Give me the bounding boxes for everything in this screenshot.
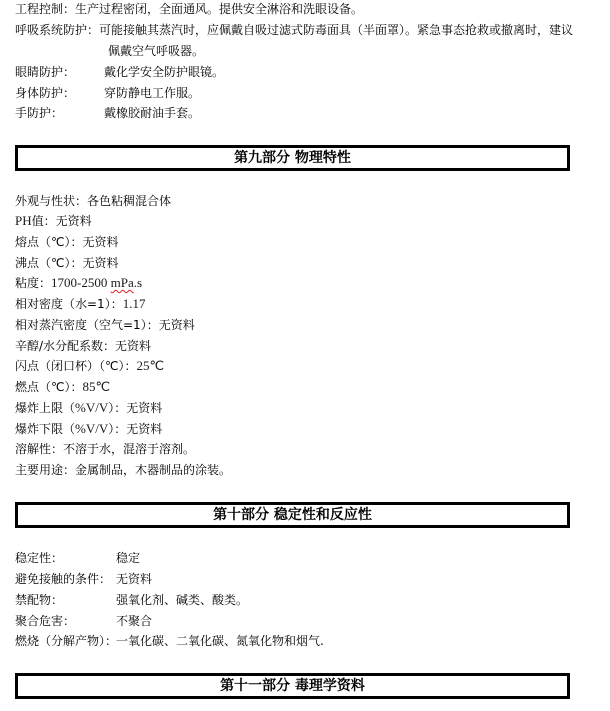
lower-limit-unit: %V/V bbox=[75, 421, 108, 436]
solubility-label: 溶解性： bbox=[15, 442, 63, 456]
main-uses-label: 主要用途： bbox=[15, 463, 75, 477]
polymerization-hazard-label: 聚合危害： bbox=[15, 614, 75, 628]
viscosity-unit-suffix: .s bbox=[134, 275, 142, 290]
ph-line: PH值：无资料 bbox=[15, 212, 92, 230]
vapor-density-line: 相对蒸汽密度（空气=1）：无资料 bbox=[15, 316, 195, 334]
vapor-density-value: 无资料 bbox=[159, 318, 195, 332]
avoid-conditions-label: 避免接触的条件： bbox=[15, 572, 111, 586]
respiratory-protection-value: 可能接触其蒸汽时，应佩戴自吸过滤式防毒面具（半面罩）。紧急事态抢救或撤离时，建议 bbox=[99, 23, 573, 37]
relative-density-value: 1.17 bbox=[123, 296, 146, 311]
respiratory-protection-line: 呼吸系统防护：可能接触其蒸汽时，应佩戴自吸过滤式防毒面具（半面罩）。紧急事态抢救… bbox=[15, 21, 573, 39]
boiling-point-line: 沸点（℃）：无资料 bbox=[15, 254, 119, 272]
ignition-point-line: 燃点（℃）：85℃ bbox=[15, 378, 110, 396]
engineering-control-value: 生产过程密闭，全面通风。提供安全淋浴和洗眼设备。 bbox=[75, 2, 363, 16]
ph-label: 值： bbox=[32, 214, 56, 228]
combustion-products-value: 一氧化碳、二氧化碳、氮氧化物和烟气. bbox=[116, 632, 324, 650]
stability-label: 稳定性： bbox=[15, 551, 63, 565]
lower-explosion-limit-line: 爆炸下限（%V/V）：无资料 bbox=[15, 420, 162, 438]
melting-point-value: 无资料 bbox=[82, 235, 118, 249]
upper-limit-value: 无资料 bbox=[126, 401, 162, 415]
upper-limit-unit: %V/V bbox=[75, 400, 108, 415]
vapor-density-label: 相对蒸汽密度（空气=1）： bbox=[15, 318, 159, 332]
hand-protection-label: 手防护： bbox=[15, 106, 63, 120]
upper-explosion-limit-line: 爆炸上限（%V/V）：无资料 bbox=[15, 399, 162, 417]
eye-protection-label: 眼睛防护： bbox=[15, 65, 75, 79]
ignition-point-value: 85℃ bbox=[82, 379, 110, 394]
flash-point-value: 25℃ bbox=[136, 358, 164, 373]
partition-coefficient-line: 辛醇/水分配系数：无资料 bbox=[15, 337, 151, 355]
flash-point-line: 闪点（闭口杯）（℃）：25℃ bbox=[15, 357, 164, 375]
viscosity-unit-spellcheck: mPa bbox=[111, 275, 134, 290]
stability-line: 稳定性： 稳定 bbox=[15, 549, 575, 567]
upper-limit-label-end: ）： bbox=[108, 401, 126, 415]
viscosity-number: 1700-2500 bbox=[51, 275, 111, 290]
incompatible-materials-line: 禁配物： 强氧化剂、碱类、酸类。 bbox=[15, 591, 575, 609]
avoid-conditions-line: 避免接触的条件： 无资料 bbox=[15, 570, 575, 588]
body-protection-value: 穿防静电工作服。 bbox=[104, 84, 200, 102]
ph-value: 无资料 bbox=[56, 214, 92, 228]
respiratory-protection-continuation: 佩戴空气呼吸器。 bbox=[108, 42, 204, 60]
solubility-line: 溶解性：不溶于水，混溶于溶剂。 bbox=[15, 440, 195, 458]
polymerization-hazard-value: 不聚合 bbox=[116, 612, 152, 630]
stability-value: 稳定 bbox=[116, 549, 140, 567]
partition-coefficient-label: 辛醇/水分配系数： bbox=[15, 339, 115, 353]
incompatible-materials-value: 强氧化剂、碱类、酸类。 bbox=[116, 591, 248, 609]
respiratory-protection-label: 呼吸系统防护： bbox=[15, 23, 99, 37]
viscosity-label: 粘度： bbox=[15, 276, 51, 290]
combustion-products-line: 燃烧（分解产物）： 一氧化碳、二氧化碳、氮氧化物和烟气. bbox=[15, 632, 575, 650]
eye-protection-line: 眼睛防护： 戴化学安全防护眼镜。 bbox=[15, 63, 575, 81]
appearance-value: 各色粘稠混合体 bbox=[87, 194, 171, 208]
relative-density-line: 相对密度（水=1）：1.17 bbox=[15, 295, 145, 313]
avoid-conditions-value: 无资料 bbox=[116, 570, 152, 588]
melting-point-line: 熔点（℃）：无资料 bbox=[15, 233, 119, 251]
appearance-label: 外观与性状： bbox=[15, 194, 87, 208]
upper-limit-label: 爆炸上限（ bbox=[15, 401, 75, 415]
main-uses-value: 金属制品，木器制品的涂装。 bbox=[75, 463, 231, 477]
polymerization-hazard-line: 聚合危害： 不聚合 bbox=[15, 612, 575, 630]
engineering-control-label: 工程控制： bbox=[15, 2, 75, 16]
section-10-header: 第十部分 稳定性和反应性 bbox=[15, 502, 570, 528]
solubility-value: 不溶于水，混溶于溶剂。 bbox=[63, 442, 195, 456]
boiling-point-value: 无资料 bbox=[82, 256, 118, 270]
hand-protection-line: 手防护： 戴橡胶耐油手套。 bbox=[15, 104, 575, 122]
melting-point-label: 熔点（℃）： bbox=[15, 235, 82, 249]
hand-protection-value: 戴橡胶耐油手套。 bbox=[104, 104, 200, 122]
viscosity-line: 粘度：1700-2500 mPa.s bbox=[15, 274, 142, 292]
engineering-control-line: 工程控制：生产过程密闭，全面通风。提供安全淋浴和洗眼设备。 bbox=[15, 0, 363, 18]
appearance-line: 外观与性状：各色粘稠混合体 bbox=[15, 192, 171, 210]
combustion-products-label: 燃烧（分解产物）： bbox=[15, 634, 117, 648]
section-11-header: 第十一部分 毒理学资料 bbox=[15, 673, 570, 699]
incompatible-materials-label: 禁配物： bbox=[15, 593, 63, 607]
main-uses-line: 主要用途：金属制品，木器制品的涂装。 bbox=[15, 461, 231, 479]
ignition-point-label: 燃点（℃）： bbox=[15, 380, 82, 394]
eye-protection-value: 戴化学安全防护眼镜。 bbox=[104, 63, 224, 81]
body-protection-label: 身体防护： bbox=[15, 86, 75, 100]
ph-label-latin: PH bbox=[15, 213, 32, 228]
relative-density-label: 相对密度（水=1）： bbox=[15, 297, 123, 311]
body-protection-line: 身体防护： 穿防静电工作服。 bbox=[15, 84, 575, 102]
lower-limit-label-end: ）： bbox=[108, 422, 126, 436]
partition-coefficient-value: 无资料 bbox=[115, 339, 151, 353]
boiling-point-label: 沸点（℃）： bbox=[15, 256, 82, 270]
lower-limit-label: 爆炸下限（ bbox=[15, 422, 75, 436]
lower-limit-value: 无资料 bbox=[126, 422, 162, 436]
flash-point-label: 闪点（闭口杯）（℃）： bbox=[15, 359, 136, 373]
section-9-header: 第九部分 物理特性 bbox=[15, 145, 570, 171]
